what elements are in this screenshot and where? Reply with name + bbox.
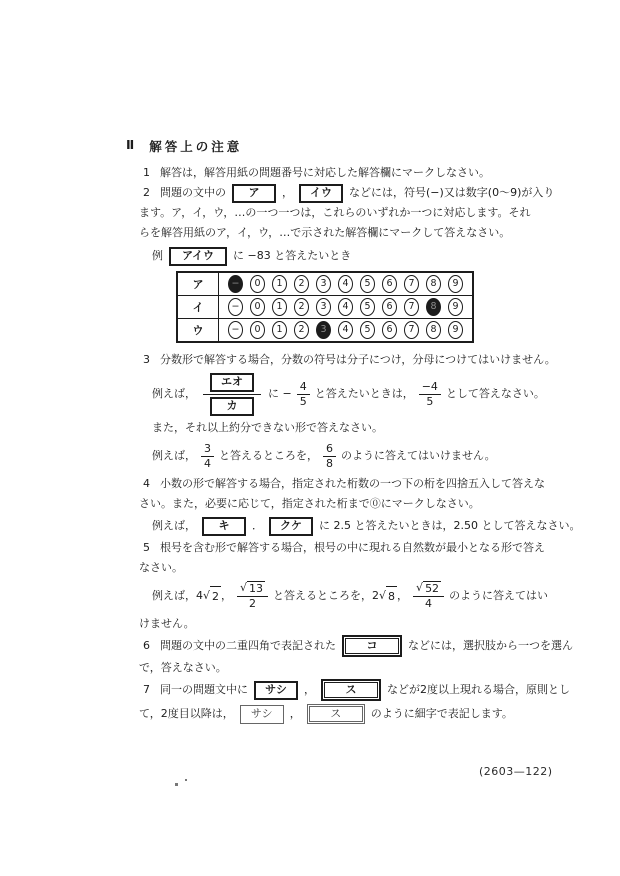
mark-bubble: − — [228, 298, 243, 316]
fraction-sqrt52-4: √52 4 — [413, 581, 444, 611]
instruction-item-5-line2: なさい。 — [139, 558, 530, 578]
instruction-item-6-line1: 6 問題の文中の二重四角で表記された コ などには，選択肢から一つを選ん — [143, 634, 530, 658]
answer-box-a: ア — [232, 184, 276, 203]
instruction-item-7-line1: 7 同一の問題文中に サシ ， ス などが2度以上現れる場合，原則とし — [143, 678, 530, 702]
text-run: に −83 と答えたいとき — [233, 246, 351, 266]
item-number: 2 — [143, 183, 160, 203]
mark-bubble: 2 — [294, 298, 309, 316]
item-text: 根号を含む形で解答する場合，根号の中に現れる自然数が最小となる形で答え — [160, 541, 545, 554]
mark-bubble-filled: − — [228, 275, 243, 293]
sqrt-sign: √ — [240, 581, 247, 595]
text-run: と答えるところを， — [273, 586, 372, 606]
instruction-item-4-example: 例えば， キ ． クケ に 2.5 と答えたいときは，2.50 として答えなさい… — [152, 514, 530, 538]
mark-bubble: 6 — [382, 298, 397, 316]
item-text: 分数形で解答する場合，分数の符号は分子につけ，分母につけてはいけません。 — [160, 353, 556, 366]
fraction-6-8: 6 8 — [323, 442, 336, 471]
mark-example-caption: 例 アイウ に −83 と答えたいとき — [152, 246, 530, 266]
item-text: 小数の形で解答する場合，指定された桁数の一つ下の桁を四捨五入して答えな — [160, 477, 545, 490]
sqrt-sign: √ — [203, 586, 210, 606]
example-label: 例 — [152, 246, 163, 266]
mark-bubble: 9 — [448, 321, 463, 339]
answer-doublebox-su-bold: ス — [321, 679, 381, 701]
mark-row-label: ウ — [177, 319, 219, 343]
page-code: (2603—122) — [479, 765, 553, 778]
item-text: 解答は，解答用紙の問題番号に対応した解答欄にマークしなさい。 — [160, 166, 490, 179]
instruction-item-5-line3: けません。 — [139, 614, 530, 634]
instruction-item-2-line2: ます。ア，イ，ウ，…の一つ一つは，これらのいずれか一つに対応します。それ — [139, 203, 530, 223]
mark-bubble: 2 — [294, 275, 309, 293]
mark-example-table: ア−0123456789イ−0123456789ウ−0123456789 — [176, 271, 474, 343]
answer-box-kuke: クケ — [269, 517, 313, 536]
text-run: のように答えてはい — [449, 586, 548, 606]
mark-row-bubbles: −0123456789 — [219, 319, 474, 343]
mark-bubble: 4 — [338, 298, 353, 316]
mark-bubble: 6 — [382, 321, 397, 339]
mark-bubble: − — [228, 321, 243, 339]
fraction-3-4: 3 4 — [201, 442, 214, 471]
mark-bubble-filled: 3 — [316, 321, 331, 339]
text-run: 問題の文中の — [160, 183, 226, 203]
text-run: のように細字で表記します。 — [371, 704, 513, 724]
fraction-neg4-5: −4 5 — [419, 380, 441, 409]
text-run: に − — [268, 384, 292, 404]
radical-term-2sqrt8: 2 — [372, 586, 379, 606]
answer-doublebox-su-thin: ス — [307, 704, 365, 724]
decimal-point: ． — [252, 516, 263, 536]
heading-title: 解答上の注意 — [149, 137, 242, 155]
instruction-item-3-example2: 例えば， 3 4 と答えるところを， 6 8 のように答えてはいけません。 — [152, 438, 530, 474]
mark-table-row: イ−0123456789 — [177, 296, 473, 319]
item-number: 6 — [143, 636, 160, 656]
mark-row-bubbles: −0123456789 — [219, 296, 474, 319]
text-run: などには，符号(−)又は数字(0～9)が入り — [349, 183, 554, 203]
instruction-item-3-line2: また，それ以上約分できない形で答えなさい。 — [152, 418, 530, 438]
text-run: 同一の問題文中に — [160, 680, 248, 700]
fraction-4-5: 4 5 — [297, 380, 310, 409]
instructions-document: Ⅱ 解答上の注意 1解答は，解答用紙の問題番号に対応した解答欄にマークしなさい。… — [126, 137, 530, 726]
mark-bubble: 2 — [294, 321, 309, 339]
mark-bubble: 0 — [250, 275, 265, 293]
mark-bubble: 4 — [338, 275, 353, 293]
text-run: ， — [282, 183, 293, 203]
radical-term-4sqrt2: 4 — [196, 586, 203, 606]
heading-numeral: Ⅱ — [126, 137, 137, 155]
scan-speck — [175, 783, 178, 786]
sqrt-52: √52 — [416, 581, 441, 596]
answer-box-eo: エオ — [210, 373, 254, 392]
answer-box-aiu: アイウ — [169, 247, 227, 266]
section-heading: Ⅱ 解答上の注意 — [126, 137, 530, 155]
mark-bubble: 9 — [448, 275, 463, 293]
instruction-item-7-line2: て，2度目以降は， サシ ， ス のように細字で表記します。 — [139, 702, 530, 726]
text-run: 例えば， — [152, 586, 196, 606]
mark-bubble: 8 — [426, 275, 441, 293]
instruction-item-5-line1: 5根号を含む形で解答する場合，根号の中に現れる自然数が最小となる形で答え — [143, 538, 530, 558]
sqrt-sign: √ — [379, 586, 386, 606]
mark-bubble: 8 — [426, 321, 441, 339]
text-run: ， — [221, 586, 232, 606]
mark-row-label: ア — [177, 272, 219, 296]
instruction-item-2-line1: 2 問題の文中の ア ， イウ などには，符号(−)又は数字(0～9)が入り — [143, 183, 530, 203]
text-run: などには，選択肢から一つを選ん — [408, 636, 573, 656]
instruction-item-1: 1解答は，解答用紙の問題番号に対応した解答欄にマークしなさい。 — [143, 163, 530, 183]
item-number: 3 — [143, 350, 160, 370]
mark-bubble: 4 — [338, 321, 353, 339]
item-number: 5 — [143, 538, 160, 558]
mark-bubble: 5 — [360, 298, 375, 316]
instruction-item-6-line2: で，答えなさい。 — [139, 658, 530, 678]
scan-speck — [185, 779, 187, 781]
instruction-item-3-line1: 3分数形で解答する場合，分数の符号は分子につけ，分母につけてはいけません。 — [143, 350, 530, 370]
mark-bubble-filled: 8 — [426, 298, 441, 316]
text-run: 問題の文中の二重四角で表記された — [160, 636, 336, 656]
text-run: と答えるところを， — [219, 446, 318, 466]
mark-bubble: 0 — [250, 321, 265, 339]
text-run: などが2度以上現れる場合，原則とし — [387, 680, 570, 700]
fraction-bar — [203, 394, 261, 395]
text-run: て，2度目以降は， — [139, 704, 234, 724]
mark-bubble: 7 — [404, 321, 419, 339]
mark-row-bubbles: −0123456789 — [219, 272, 474, 296]
text-run: ， — [397, 586, 408, 606]
mark-bubble: 5 — [360, 321, 375, 339]
text-run: として答えなさい。 — [446, 384, 545, 404]
answer-box-sashi-bold: サシ — [254, 681, 298, 700]
mark-table-row: ア−0123456789 — [177, 272, 473, 296]
mark-bubble: 3 — [316, 298, 331, 316]
mark-bubble: 7 — [404, 298, 419, 316]
answer-box-ki: キ — [202, 517, 246, 536]
sqrt-2: √2 — [203, 586, 221, 607]
instruction-item-3-example1: 例えば， エオ カ に − 4 5 と答えたいときは， −4 5 として答えなさ… — [152, 370, 530, 418]
mark-bubble: 1 — [272, 275, 287, 293]
fraction-answer-boxes: エオ カ — [203, 373, 261, 416]
text-run: に 2.5 と答えたいときは，2.50 として答えなさい。 — [319, 516, 580, 536]
text-run: 例えば， — [152, 384, 196, 404]
text-run: 例えば， — [152, 446, 196, 466]
sqrt-13: √13 — [240, 581, 265, 596]
text-run: 例えば， — [152, 516, 196, 536]
instruction-item-4-line2: さい。また，必要に応じて，指定された桁まで⓪にマークしなさい。 — [139, 494, 530, 514]
text-run: と答えたいときは， — [315, 384, 414, 404]
mark-bubble: 1 — [272, 321, 287, 339]
mark-bubble: 5 — [360, 275, 375, 293]
item-number: 1 — [143, 163, 160, 183]
fraction-sqrt13-2: √13 2 — [237, 581, 268, 611]
mark-bubble: 0 — [250, 298, 265, 316]
sqrt-sign: √ — [416, 581, 423, 595]
item-number: 4 — [143, 474, 160, 494]
instruction-item-5-example: 例えば， 4 √2 ， √13 2 と答えるところを， 2 √8 ， √52 4… — [152, 578, 530, 614]
mark-bubble: 3 — [316, 275, 331, 293]
answer-box-iu: イウ — [299, 184, 343, 203]
answer-box-sashi-thin: サシ — [240, 705, 284, 724]
instruction-item-2-line3: らを解答用紙のア，イ，ウ，…で示された解答欄にマークして答えなさい。 — [139, 223, 530, 243]
answer-box-ka: カ — [210, 397, 254, 416]
mark-row-label: イ — [177, 296, 219, 319]
item-number: 7 — [143, 680, 160, 700]
text-run: ， — [304, 680, 315, 700]
mark-bubble: 7 — [404, 275, 419, 293]
instruction-item-4-line1: 4小数の形で解答する場合，指定された桁数の一つ下の桁を四捨五入して答えな — [143, 474, 530, 494]
text-run: のように答えてはいけません。 — [341, 446, 496, 466]
mark-table-body: ア−0123456789イ−0123456789ウ−0123456789 — [177, 272, 473, 342]
text-run: ， — [290, 704, 301, 724]
mark-bubble: 6 — [382, 275, 397, 293]
mark-bubble: 9 — [448, 298, 463, 316]
mark-table-row: ウ−0123456789 — [177, 319, 473, 343]
mark-bubble: 1 — [272, 298, 287, 316]
answer-doublebox-ko: コ — [342, 635, 402, 657]
sqrt-8: √8 — [379, 586, 397, 607]
